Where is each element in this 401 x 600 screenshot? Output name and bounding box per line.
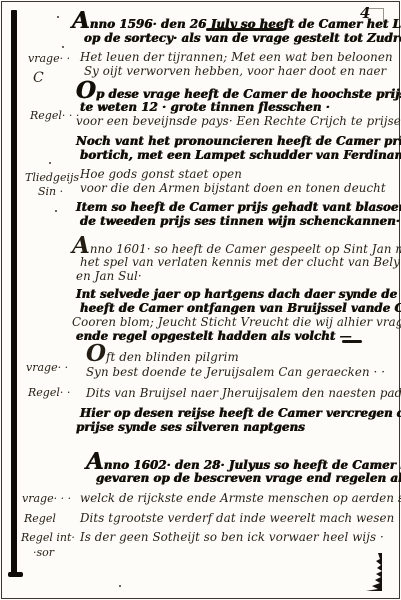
margin-flourish: C: [33, 70, 44, 86]
manuscript-line: Hier op desen reijse heeft de Camer verc…: [80, 407, 401, 420]
manuscript-line: Het leuen der tijrannen; Met een wat ben…: [80, 51, 393, 64]
margin-note-regel-2: Regel· ·: [28, 386, 70, 399]
manuscript-line: voor die den Armen bijstant doen en tone…: [80, 182, 386, 195]
manuscript-line: Dits tgrootste verderf dat inde weerelt …: [80, 512, 394, 525]
manuscript-line: Cooren blom; Jeucht Sticht Vreucht die w…: [72, 316, 401, 329]
ink-speck: [55, 210, 57, 212]
manuscript-line: Int selvede jaer op hartgens dach daer s…: [76, 288, 401, 301]
margin-note-regel-int: Regel int·: [21, 531, 75, 544]
manuscript-line: gevaren op de bescreven vrage end regele…: [96, 472, 401, 485]
manuscript-line: de tweeden prijs ses tinnen wijn schenck…: [80, 215, 400, 228]
manuscript-line: voor een beveijnsde pays· Een Rechte Cri…: [76, 115, 401, 128]
manuscript-line: Op dese vrage heeft de Camer de hoochste…: [76, 84, 401, 101]
manuscript-line: Noch vant het pronouncieren heeft de Cam…: [76, 135, 401, 148]
manuscript-line: Oft den blinden pilgrim: [86, 347, 239, 364]
ink-speck: [62, 46, 64, 48]
manuscript-line: Dits van Bruijsel naer Jheruijsalem den …: [86, 387, 401, 400]
manuscript-line: en Jan Sul·: [76, 270, 142, 283]
manuscript-line: ende regel opgestelt hadden als volcht —: [76, 330, 352, 343]
ink-smear: [342, 340, 362, 343]
ink-speck: [119, 585, 121, 587]
margin-note-regel-1: Regel· · ·: [30, 109, 79, 122]
margin-note-sin: Sin ·: [38, 185, 63, 198]
manuscript-line: heeft de Camer ontfangen van Bruijssel v…: [80, 302, 401, 315]
manuscript-line: Is der geen Sotheijt so ben ick vorwaer …: [80, 531, 384, 544]
manuscript-line: het spel van verlaten kennis met der clu…: [80, 256, 400, 269]
margin-note-tliedgeijs: Tliedgeijs: [25, 171, 79, 184]
manuscript-line: Item so heeft de Camer prijs gehadt vant…: [76, 201, 401, 214]
ink-speck: [49, 162, 51, 164]
binding-bar-foot: [8, 572, 23, 577]
margin-note-sor: ·sor: [33, 546, 54, 559]
manuscript-line: bortich, met een Lampet schudder van Fer…: [80, 149, 401, 162]
margin-note-vrage-1: vrage· ·: [28, 52, 70, 65]
manuscript-page: 4 vrage· · C Regel· · · Tliedgeijs Sin ·…: [0, 0, 401, 600]
ink-speck: [57, 16, 59, 18]
ink-smear: [206, 28, 284, 31]
manuscript-line: op de sortecy· als van de vrage gestelt …: [84, 32, 401, 45]
margin-note-regel-3: Regel: [24, 512, 56, 525]
manuscript-line: Anno 1602· den 28· Julyus so heeft de Ca…: [86, 455, 401, 472]
manuscript-line: Hoe gods gonst staet open: [80, 168, 242, 181]
ink-blot: [362, 553, 384, 593]
manuscript-line: te weten 12 · grote tinnen flesschen ·: [80, 101, 330, 114]
manuscript-line: prijse synde ses silveren naptgens: [76, 421, 305, 434]
margin-note-vrage-2: vrage· ·: [26, 361, 68, 374]
manuscript-line: Anno 1601· so heeft de Camer gespeelt op…: [72, 239, 401, 256]
margin-note-vrage-3: vrage· · ·: [22, 492, 71, 505]
manuscript-line: Syn best doende te Jeruijsalem Can gerae…: [86, 366, 385, 379]
manuscript-line: welck de rijckste ende Armste menschen o…: [80, 492, 401, 505]
binding-bar: [11, 10, 17, 576]
manuscript-line: Sy oijt verworven hebben, voor haer doot…: [84, 65, 386, 78]
